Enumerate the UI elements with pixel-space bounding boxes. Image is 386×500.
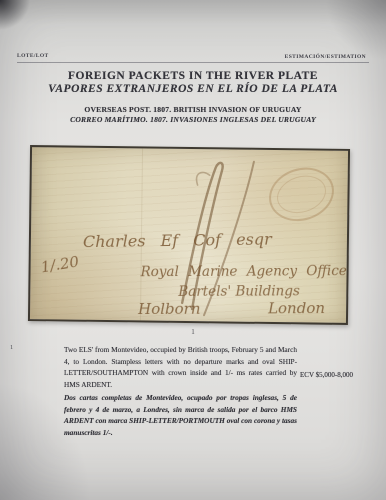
header-rule [17, 62, 369, 63]
address-line-2: Royal Marine Agency Office [141, 263, 347, 280]
header-lot-label: LOTE/LOT [17, 53, 49, 59]
manuscript-rate-mark: 1/.20 [39, 252, 80, 276]
lot-description-en: Two ELS' from Montevideo, occupied by Br… [64, 344, 297, 390]
address-line-4-city: London [268, 299, 325, 317]
section-subtitle-en: OVERSEAS POST. 1807. BRITISH INVASION OF… [0, 105, 386, 114]
lot-description-es: Dos cartas completas de Montevideo, ocup… [64, 392, 297, 438]
address-line-4-town: Holborn [138, 300, 200, 318]
header-estimation-label: ESTIMACIÓN/ESTIMATION [285, 54, 366, 60]
cover-photo: 1/.20 Charles Ef Cof esqr Royal Marine A… [28, 145, 350, 325]
lot-estimate: ECV $5,000-8,000 [300, 371, 353, 379]
address-line-1: Charles Ef Cof esqr [83, 230, 272, 252]
figure-caption: 1 [0, 328, 386, 336]
section-title-en: FOREIGN PACKETS IN THE RIVER PLATE [0, 70, 386, 82]
lot-number: 1 [10, 344, 13, 351]
address-line-4: Holborn London [138, 299, 325, 318]
section-title-es: VAPORES EXTRANJEROS EN EL RÍO DE LA PLAT… [0, 83, 386, 95]
address-line-3: Bartels' Buildings [178, 283, 300, 300]
section-subtitle-es: CORREO MARÍTIMO. 1807. INVASIONES INGLES… [0, 115, 386, 124]
catalog-page: LOTE/LOT ESTIMACIÓN/ESTIMATION FOREIGN P… [0, 0, 386, 500]
